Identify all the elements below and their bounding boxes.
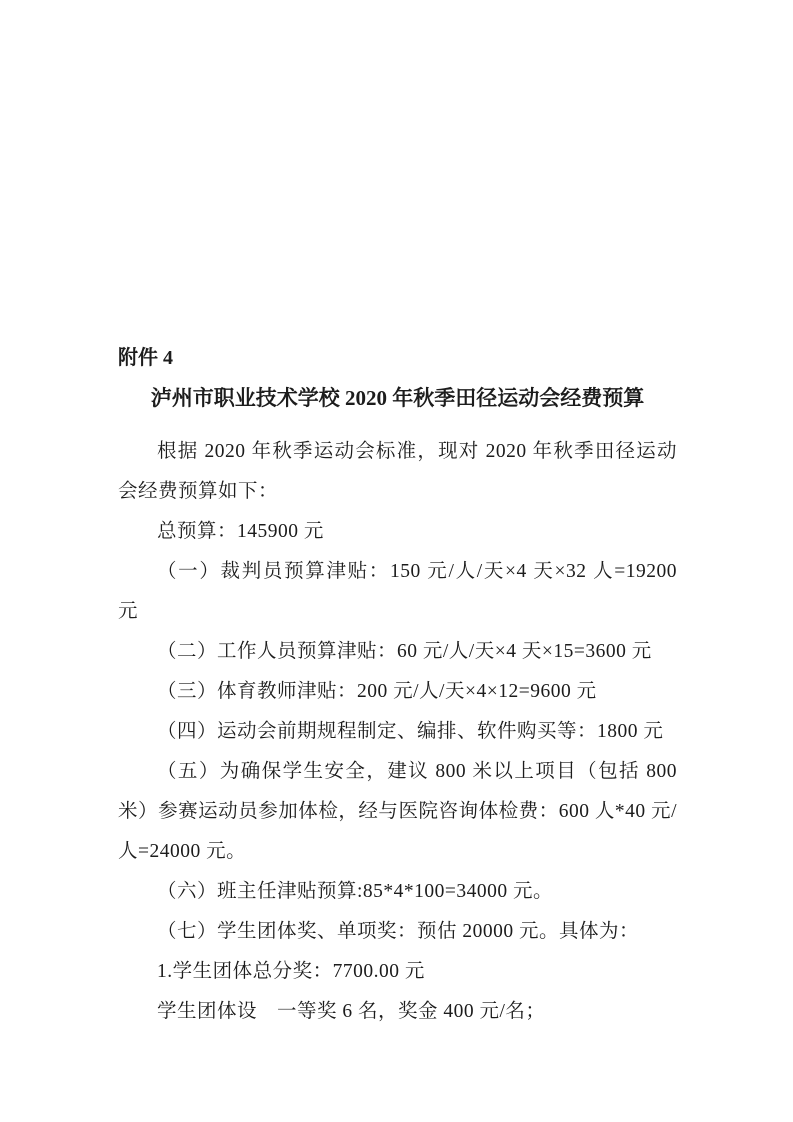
paragraph: 根据 2020 年秋季运动会标准，现对 2020 年秋季田径运动会经费预算如下： <box>118 432 677 512</box>
document-title: 泸州市职业技术学校 2020 年秋季田径运动会经费预算 <box>118 378 677 418</box>
paragraph: （七）学生团体奖、单项奖：预估 20000 元。具体为： <box>118 912 677 952</box>
paragraph: （一）裁判员预算津贴：150 元/人/天×4 天×32 人=19200 元 <box>118 552 677 632</box>
paragraph-list: 根据 2020 年秋季运动会标准，现对 2020 年秋季田径运动会经费预算如下：… <box>118 432 677 1032</box>
paragraph: 学生团体设 一等奖 6 名，奖金 400 元/名； <box>118 992 677 1032</box>
paragraph: （三）体育教师津贴：200 元/人/天×4×12=9600 元 <box>118 672 677 712</box>
paragraph: 1.学生团体总分奖：7700.00 元 <box>118 952 677 992</box>
paragraph: （六）班主任津贴预算:85*4*100=34000 元。 <box>118 872 677 912</box>
paragraph: （四）运动会前期规程制定、编排、软件购买等：1800 元 <box>118 712 677 752</box>
paragraph: 总预算：145900 元 <box>118 512 677 552</box>
document-page: 附件 4 泸州市职业技术学校 2020 年秋季田径运动会经费预算 根据 2020… <box>0 0 793 1122</box>
paragraph: （五）为确保学生安全，建议 800 米以上项目（包括 800 米）参赛运动员参加… <box>118 752 677 872</box>
annex-label: 附件 4 <box>118 338 677 378</box>
paragraph: （二）工作人员预算津贴：60 元/人/天×4 天×15=3600 元 <box>118 632 677 672</box>
document-content: 附件 4 泸州市职业技术学校 2020 年秋季田径运动会经费预算 根据 2020… <box>0 0 793 1032</box>
